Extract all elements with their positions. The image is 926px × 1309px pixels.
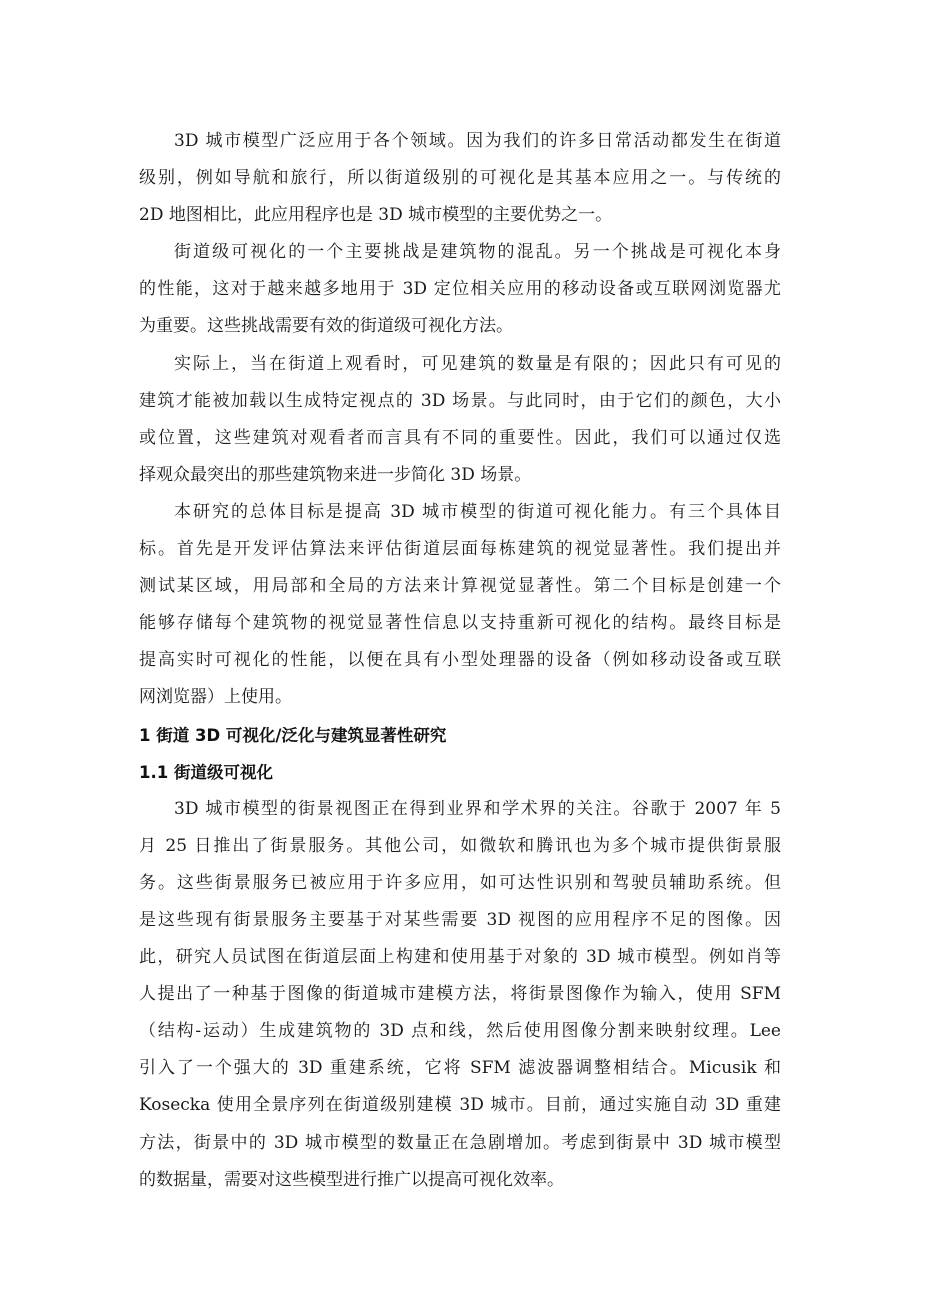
text-line: 2D 地图相比，此应用程序也是 3D 城市模型的主要优势之一。 <box>139 197 781 234</box>
text-line: 务。这些街景服务已被应用于许多应用，如可达性识别和驾驶员辅助系统。但 <box>139 865 781 902</box>
text-line: 提高实时可视化的性能，以便在具有小型处理器的设备（例如移动设备或互联 <box>139 642 781 679</box>
text-line: 能够存储每个建筑物的视觉显著性信息以支持重新可视化的结构。最终目标是 <box>139 605 781 642</box>
paragraph-intro: 3D 城市模型广泛应用于各个领域。因为我们的许多日常活动都发生在街道 级别，例如… <box>139 123 781 234</box>
paragraph-challenges: 街道级可视化的一个主要挑战是建筑物的混乱。另一个挑战是可视化本身 的性能，这对于… <box>139 234 781 345</box>
section-heading: 1 街道 3D 可视化/泛化与建筑显著性研究 <box>139 717 781 754</box>
text-line: 街道级可视化的一个主要挑战是建筑物的混乱。另一个挑战是可视化本身 <box>139 234 781 271</box>
text-line: 为重要。这些挑战需要有效的街道级可视化方法。 <box>139 308 781 345</box>
paragraph-street-view: 3D 城市模型的街景视图正在得到业界和学术界的关注。谷歌于 2007 年 5 月… <box>139 791 781 1199</box>
text-line: 网浏览器）上使用。 <box>139 679 781 716</box>
text-line: 建筑才能被加载以生成特定视点的 3D 场景。与此同时，由于它们的颜色，大小 <box>139 383 781 420</box>
paragraph-visibility: 实际上，当在街道上观看时，可见建筑的数量是有限的；因此只有可见的 建筑才能被加载… <box>139 346 781 494</box>
text-line: 的数据量，需要对这些模型进行推广以提高可视化效率。 <box>139 1162 781 1199</box>
text-line: 是这些现有街景服务主要基于对某些需要 3D 视图的应用程序不足的图像。因 <box>139 902 781 939</box>
text-line: 测试某区域，用局部和全局的方法来计算视觉显著性。第二个目标是创建一个 <box>139 568 781 605</box>
text-line: 方法，街景中的 3D 城市模型的数量正在急剧增加。考虑到街景中 3D 城市模型 <box>139 1125 781 1162</box>
text-line: 级别，例如导航和旅行，所以街道级别的可视化是其基本应用之一。与传统的 <box>139 160 781 197</box>
text-line: 人提出了一种基于图像的街道城市建模方法，将街景图像作为输入，使用 SFM <box>139 976 781 1013</box>
text-line: Kosecka 使用全景序列在街道级别建模 3D 城市。目前，通过实施自动 3D… <box>139 1087 781 1124</box>
text-line: 标。首先是开发评估算法来评估街道层面每栋建筑的视觉显著性。我们提出并 <box>139 531 781 568</box>
paragraph-objectives: 本研究的总体目标是提高 3D 城市模型的街道可视化能力。有三个具体目 标。首先是… <box>139 494 781 717</box>
text-line: 或位置，这些建筑对观看者而言具有不同的重要性。因此，我们可以通过仅选 <box>139 420 781 457</box>
subsection-heading: 1.1 街道级可视化 <box>139 754 781 791</box>
text-line: 引入了一个强大的 3D 重建系统，它将 SFM 滤波器调整相结合。Micusik… <box>139 1050 781 1087</box>
text-line: 3D 城市模型广泛应用于各个领域。因为我们的许多日常活动都发生在街道 <box>139 123 781 160</box>
text-line: 的性能，这对于越来越多地用于 3D 定位相关应用的移动设备或互联网浏览器尤 <box>139 271 781 308</box>
document-page: 3D 城市模型广泛应用于各个领域。因为我们的许多日常活动都发生在街道 级别，例如… <box>139 123 781 1199</box>
text-line: 月 25 日推出了街景服务。其他公司，如微软和腾讯也为多个城市提供街景服 <box>139 828 781 865</box>
text-line: 本研究的总体目标是提高 3D 城市模型的街道可视化能力。有三个具体目 <box>139 494 781 531</box>
text-line: （结构-运动）生成建筑物的 3D 点和线，然后使用图像分割来映射纹理。Lee <box>139 1013 781 1050</box>
text-line: 实际上，当在街道上观看时，可见建筑的数量是有限的；因此只有可见的 <box>139 346 781 383</box>
text-line: 3D 城市模型的街景视图正在得到业界和学术界的关注。谷歌于 2007 年 5 <box>139 791 781 828</box>
text-line: 此，研究人员试图在街道层面上构建和使用基于对象的 3D 城市模型。例如肖等 <box>139 939 781 976</box>
text-line: 择观众最突出的那些建筑物来进一步简化 3D 场景。 <box>139 457 781 494</box>
